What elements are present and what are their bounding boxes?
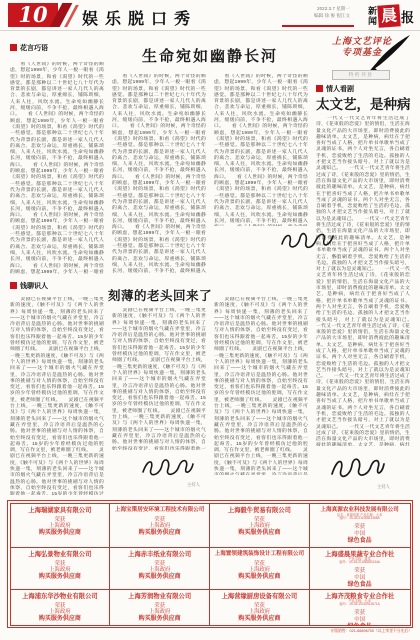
column-label-2: 钱聊识人 — [10, 281, 48, 291]
ad-award-line: 购买服务供应商 — [210, 574, 309, 581]
ad-cert-line: 编号：JS-16-21030800134A — [310, 561, 410, 565]
masthead-char-wen: 闻 — [368, 16, 377, 26]
ad-cert-line: 编号：JS-03-21100811355A — [310, 517, 410, 521]
ad-cell: 上海弘景物业有限公司荣获上海政府购买服务供应商 — [11, 548, 111, 590]
ad-award-line: 购买服务供应商 — [110, 530, 209, 537]
ad-award-line: 上海政府 — [110, 523, 209, 530]
ad-award-line: 上海政府 — [11, 567, 110, 574]
signature-role: 主持人 — [377, 484, 390, 490]
signature-role: 主持人 — [187, 482, 200, 488]
ad-company-name: 上海浦东华沙物业有限公司 — [11, 593, 110, 600]
ad-award-line: 购买服务供应商 — [210, 530, 309, 537]
ad-award-block: 荣获上海政府购买服务供应商 — [210, 561, 309, 581]
ad-award-line: 荣获 — [310, 524, 410, 531]
page-header: 10 娱乐脱口秀 2022.3.7 星期一 编辑 徐 俊 倪江文 新 闻 晨 报 — [0, 0, 420, 33]
ad-award-block: 荣获上海政府购买服务供应商 — [110, 603, 209, 623]
ad-award-block: 荣获上海政府购买服务供应商 — [110, 561, 209, 581]
ad-company-name: 上海赤丰纸业有限公司 — [110, 551, 209, 558]
brush-icon — [366, 33, 412, 73]
ad-company-name: 上海瑞湖家具有限公司 — [11, 507, 110, 514]
headline-article-1: 生命宛如幽静长河 — [112, 45, 308, 66]
ad-award-line: 荣获 — [310, 610, 410, 617]
masthead-char-bao: 报 — [401, 7, 414, 26]
ad-cell: 上海宝策居安环境工程技术有限公司荣获上海政府购买服务供应商 — [110, 504, 210, 548]
headline-article-2: 刻薄的老头回来了 — [108, 286, 212, 304]
ad-cell: 上海置领建筑装饰设计工程有限公司荣获上海政府购买服务供应商 — [210, 548, 310, 590]
ad-award-line: 中国 — [310, 575, 410, 582]
ad-award-line: 中国 — [310, 531, 410, 538]
ad-award-line: 荣获 — [310, 568, 410, 575]
ad-company-name: 上海宝策居安环境工程技术有限公司 — [110, 507, 209, 514]
column-label-1-text: 花言巧语 — [20, 45, 48, 52]
article-2-col-3: 灵剧已在视频平台上线，一晚三集更新的速度，《触不可及》与《两个人的世界》每周快递… — [214, 297, 308, 475]
ad-award-line: 上海政府 — [11, 609, 110, 616]
masthead-pre: 新 闻 — [368, 6, 377, 26]
ad-award-block: 荣获中国绿色食品 — [310, 568, 410, 588]
section-title: 娱乐脱口秀 — [82, 6, 197, 29]
ad-award-line: 上海政府 — [110, 609, 209, 616]
date-line: 2022.3.7 星期一 — [314, 6, 350, 13]
column-label-3-text: 情人看剧 — [326, 86, 354, 93]
article-2-col-1: 灵剧已在视频平台上线，一晚三集更新的速度，《触不可及》与《两个人的世界》每周快递… — [10, 297, 104, 495]
signature-article-3: 主持人 — [326, 450, 386, 488]
fund-stamp: 上海文艺评论 专项基金 特约刊登 — [314, 37, 410, 81]
ad-award-line: 上海政府 — [210, 567, 309, 574]
stamp-tag: 特约刊登 — [332, 70, 390, 80]
article-2-col-2: 灵剧已在视频平台上线，一晚三集更新的速度，《触不可及》与《两个人的世界》每周快递… — [112, 308, 206, 450]
ad-company-name: 上海毅牛贸易有限公司 — [210, 507, 309, 514]
article-1-col-3: 看《人世间》的时候，两个奇怪的顾虑，想起1999年，少年人一板一眼看《渴望》时的… — [214, 74, 308, 226]
ad-award-line: 购买服务供应商 — [11, 616, 110, 623]
red-square-bullet — [10, 44, 17, 51]
ad-cell: 上海芳润物业有限公司荣获上海政府购买服务供应商 — [110, 590, 210, 625]
ad-cell: 上海齐茂粮食专业合作社产品名称：大米编号：JS-05-19110913071A荣… — [310, 590, 410, 625]
ad-cell: 上海浦东华沙物业有限公司荣获上海政府购买服务供应商 — [11, 590, 111, 625]
ad-award-line: 购买服务供应商 — [11, 574, 110, 581]
ad-award-block: 荣获上海政府购买服务供应商 — [110, 517, 209, 537]
masthead-char-xin: 新 — [368, 6, 377, 16]
ad-award-line: 上海政府 — [210, 609, 309, 616]
ad-award-line: 购买服务供应商 — [210, 616, 309, 623]
article-3-col-1: 一代又一代文艺青年将生活过成了诗，《花束般的恋爱》里的情侣，生活在海量文化产品的… — [316, 116, 410, 446]
ad-award-line: 绿色食品 — [310, 538, 410, 545]
ad-cell: 上海真源农业科技发展有限公司品名：真源鸡蛋 产品名称：大米编号：JS-03-21… — [310, 504, 410, 548]
ad-cell: 上海赤丰纸业有限公司荣获上海政府购买服务供应商 — [110, 548, 210, 590]
date-credit-block: 2022.3.7 星期一 编辑 徐 俊 倪江文 — [314, 6, 350, 19]
newspaper-page: 10 娱乐脱口秀 2022.3.7 星期一 编辑 徐 俊 倪江文 新 闻 晨 报… — [0, 0, 420, 640]
ad-award-line: 中国 — [310, 617, 410, 624]
masthead-logo: 新 闻 晨 报 — [368, 2, 414, 30]
ads-section: 上海瑞湖家具有限公司荣获上海政府购买服务供应商上海宝策居安环境工程技术有限公司荣… — [7, 500, 413, 628]
ads-grid: 上海瑞湖家具有限公司荣获上海政府购买服务供应商上海宝策居安环境工程技术有限公司荣… — [10, 503, 411, 626]
signature-scribble — [138, 452, 196, 482]
ad-cell: 上海营缘厨房设备有限公司荣获上海政府购买服务供应商 — [210, 590, 310, 625]
ad-award-block: 荣获中国绿色食品 — [310, 610, 410, 624]
credit-line: 编辑 徐 俊 倪江文 — [314, 13, 350, 20]
ad-award-block: 荣获上海政府购买服务供应商 — [11, 517, 110, 537]
masthead-chen-box: 晨 — [377, 4, 400, 27]
ad-award-line: 上海政府 — [11, 523, 110, 530]
red-square-bullet — [316, 85, 323, 92]
ad-award-block: 荣获上海政府购买服务供应商 — [210, 603, 309, 623]
ads-footer-note: 专版销售：021-66896700（以上荣誉不分先后） — [331, 629, 412, 634]
ad-award-block: 荣获上海政府购买服务供应商 — [11, 603, 110, 623]
ad-award-block: 荣获上海政府购买服务供应商 — [11, 561, 110, 581]
ad-award-line: 购买服务供应商 — [11, 530, 110, 537]
ad-award-line: 绿色食品 — [310, 582, 410, 589]
ad-company-name: 上海芳润物业有限公司 — [110, 593, 209, 600]
ad-cell: 上海盛晨果蔬专业合作社产品名称：蔬菜编号：JS-16-21030800134A荣… — [310, 548, 410, 590]
ad-award-block: 荣获上海政府购买服务供应商 — [210, 517, 309, 537]
column-label-1: 花言巧语 — [10, 43, 48, 53]
ad-award-line: 上海政府 — [110, 567, 209, 574]
ad-award-line: 购买服务供应商 — [110, 616, 209, 623]
article-1-col-2: 看《人世间》的时候，两个奇怪的顾虑，想起1999年，少年人一板一眼看《渴望》时的… — [112, 74, 206, 274]
signature-scribble — [326, 450, 386, 484]
header-red-rule — [282, 25, 354, 27]
ad-company-name: 上海营缘厨房设备有限公司 — [210, 593, 309, 600]
column-label-2-text: 钱聊识人 — [20, 283, 48, 290]
ad-award-line: 购买服务供应商 — [110, 574, 209, 581]
signature-article-2: 主持人 — [138, 452, 196, 486]
ad-company-name: 上海弘景物业有限公司 — [11, 551, 110, 558]
ad-company-name: 上海置领建筑装饰设计工程有限公司 — [210, 551, 309, 558]
ad-cert-line: 编号：JS-05-19110913071A — [310, 603, 410, 607]
ad-cell: 上海毅牛贸易有限公司荣获上海政府购买服务供应商 — [210, 504, 310, 548]
ad-award-line: 上海政府 — [210, 523, 309, 530]
ad-award-block: 荣获中国绿色食品 — [310, 524, 410, 544]
ad-award-line: 绿色食品 — [310, 624, 410, 625]
ad-cell: 上海瑞湖家具有限公司荣获上海政府购买服务供应商 — [11, 504, 111, 548]
article-1-col-1: 看《人世间》的时候，两个奇怪的顾虑，想起1999年，少年人一板一眼看《渴望》时的… — [10, 62, 104, 274]
header-gray-rule — [0, 30, 420, 31]
red-square-bullet — [10, 282, 17, 289]
headline-article-3: 太文艺，是种病 — [316, 93, 410, 113]
